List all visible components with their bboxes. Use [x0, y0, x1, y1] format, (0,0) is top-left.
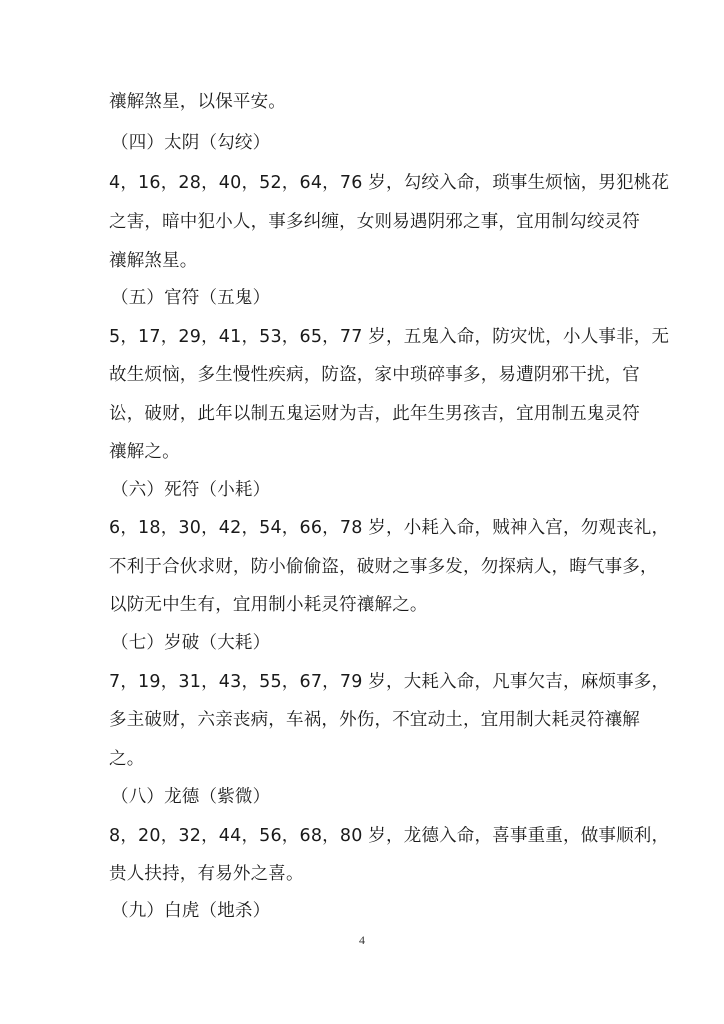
section-heading-9: （九）白虎（地杀） [111, 901, 270, 921]
section-heading-6: （六）死符（小耗） [111, 480, 270, 500]
body-line: 以防无中生有，宜用制小耗灵符禳解之。 [109, 595, 428, 615]
page-number: 4 [0, 933, 724, 948]
body-line: 故生烦恼，多生慢性疾病，防盗，家中琐碎事多，易遭阴邪干扰，官 [109, 365, 640, 385]
body-line: 5，17，29，41，53，65，77 岁，五鬼入命，防灾忧，小人事非，无 [109, 327, 669, 347]
body-line: 讼，破财，此年以制五鬼运财为吉，此年生男孩吉，宜用制五鬼灵符 [109, 404, 640, 424]
body-line: 4，16，28，40，52，64，76 岁，勾绞入命，琐事生烦恼，男犯桃花 [109, 173, 669, 193]
section-heading-5: （五）官符（五鬼） [111, 288, 270, 308]
body-line: 禳解煞星，以保平安。 [109, 92, 286, 112]
body-line: 禳解之。 [109, 442, 180, 462]
body-line: 8，20，32，44，56，68，80 岁，龙德入命，喜事重重，做事顺利， [109, 826, 669, 846]
body-line: 贵人扶持，有易外之喜。 [109, 864, 304, 884]
section-heading-7: （七）岁破（大耗） [111, 633, 270, 653]
body-line: 7，19，31，43，55，67，79 岁，大耗入命，凡事欠吉，麻烦事多， [109, 672, 669, 692]
body-line: 之。 [109, 749, 144, 769]
body-line: 之害，暗中犯小人，事多纠缠，女则易遇阴邪之事，宜用制勾绞灵符 [109, 212, 640, 232]
section-heading-8: （八）龙德（紫微） [111, 787, 270, 807]
document-page: 禳解煞星，以保平安。 （四）太阴（勾绞） 4，16，28，40，52，64，76… [0, 0, 724, 1024]
body-line: 6，18，30，42，54，66，78 岁，小耗入命，贼神入宫，勿观丧礼， [109, 518, 669, 538]
section-heading-4: （四）太阴（勾绞） [111, 133, 270, 153]
body-line: 不利于合伙求财，防小偷偷盗，破财之事多发，勿探病人，晦气事多， [109, 557, 658, 577]
body-line: 禳解煞星。 [109, 251, 198, 271]
body-line: 多主破财，六亲丧病，车祸，外伤，不宜动土，宜用制大耗灵符禳解 [109, 710, 640, 730]
